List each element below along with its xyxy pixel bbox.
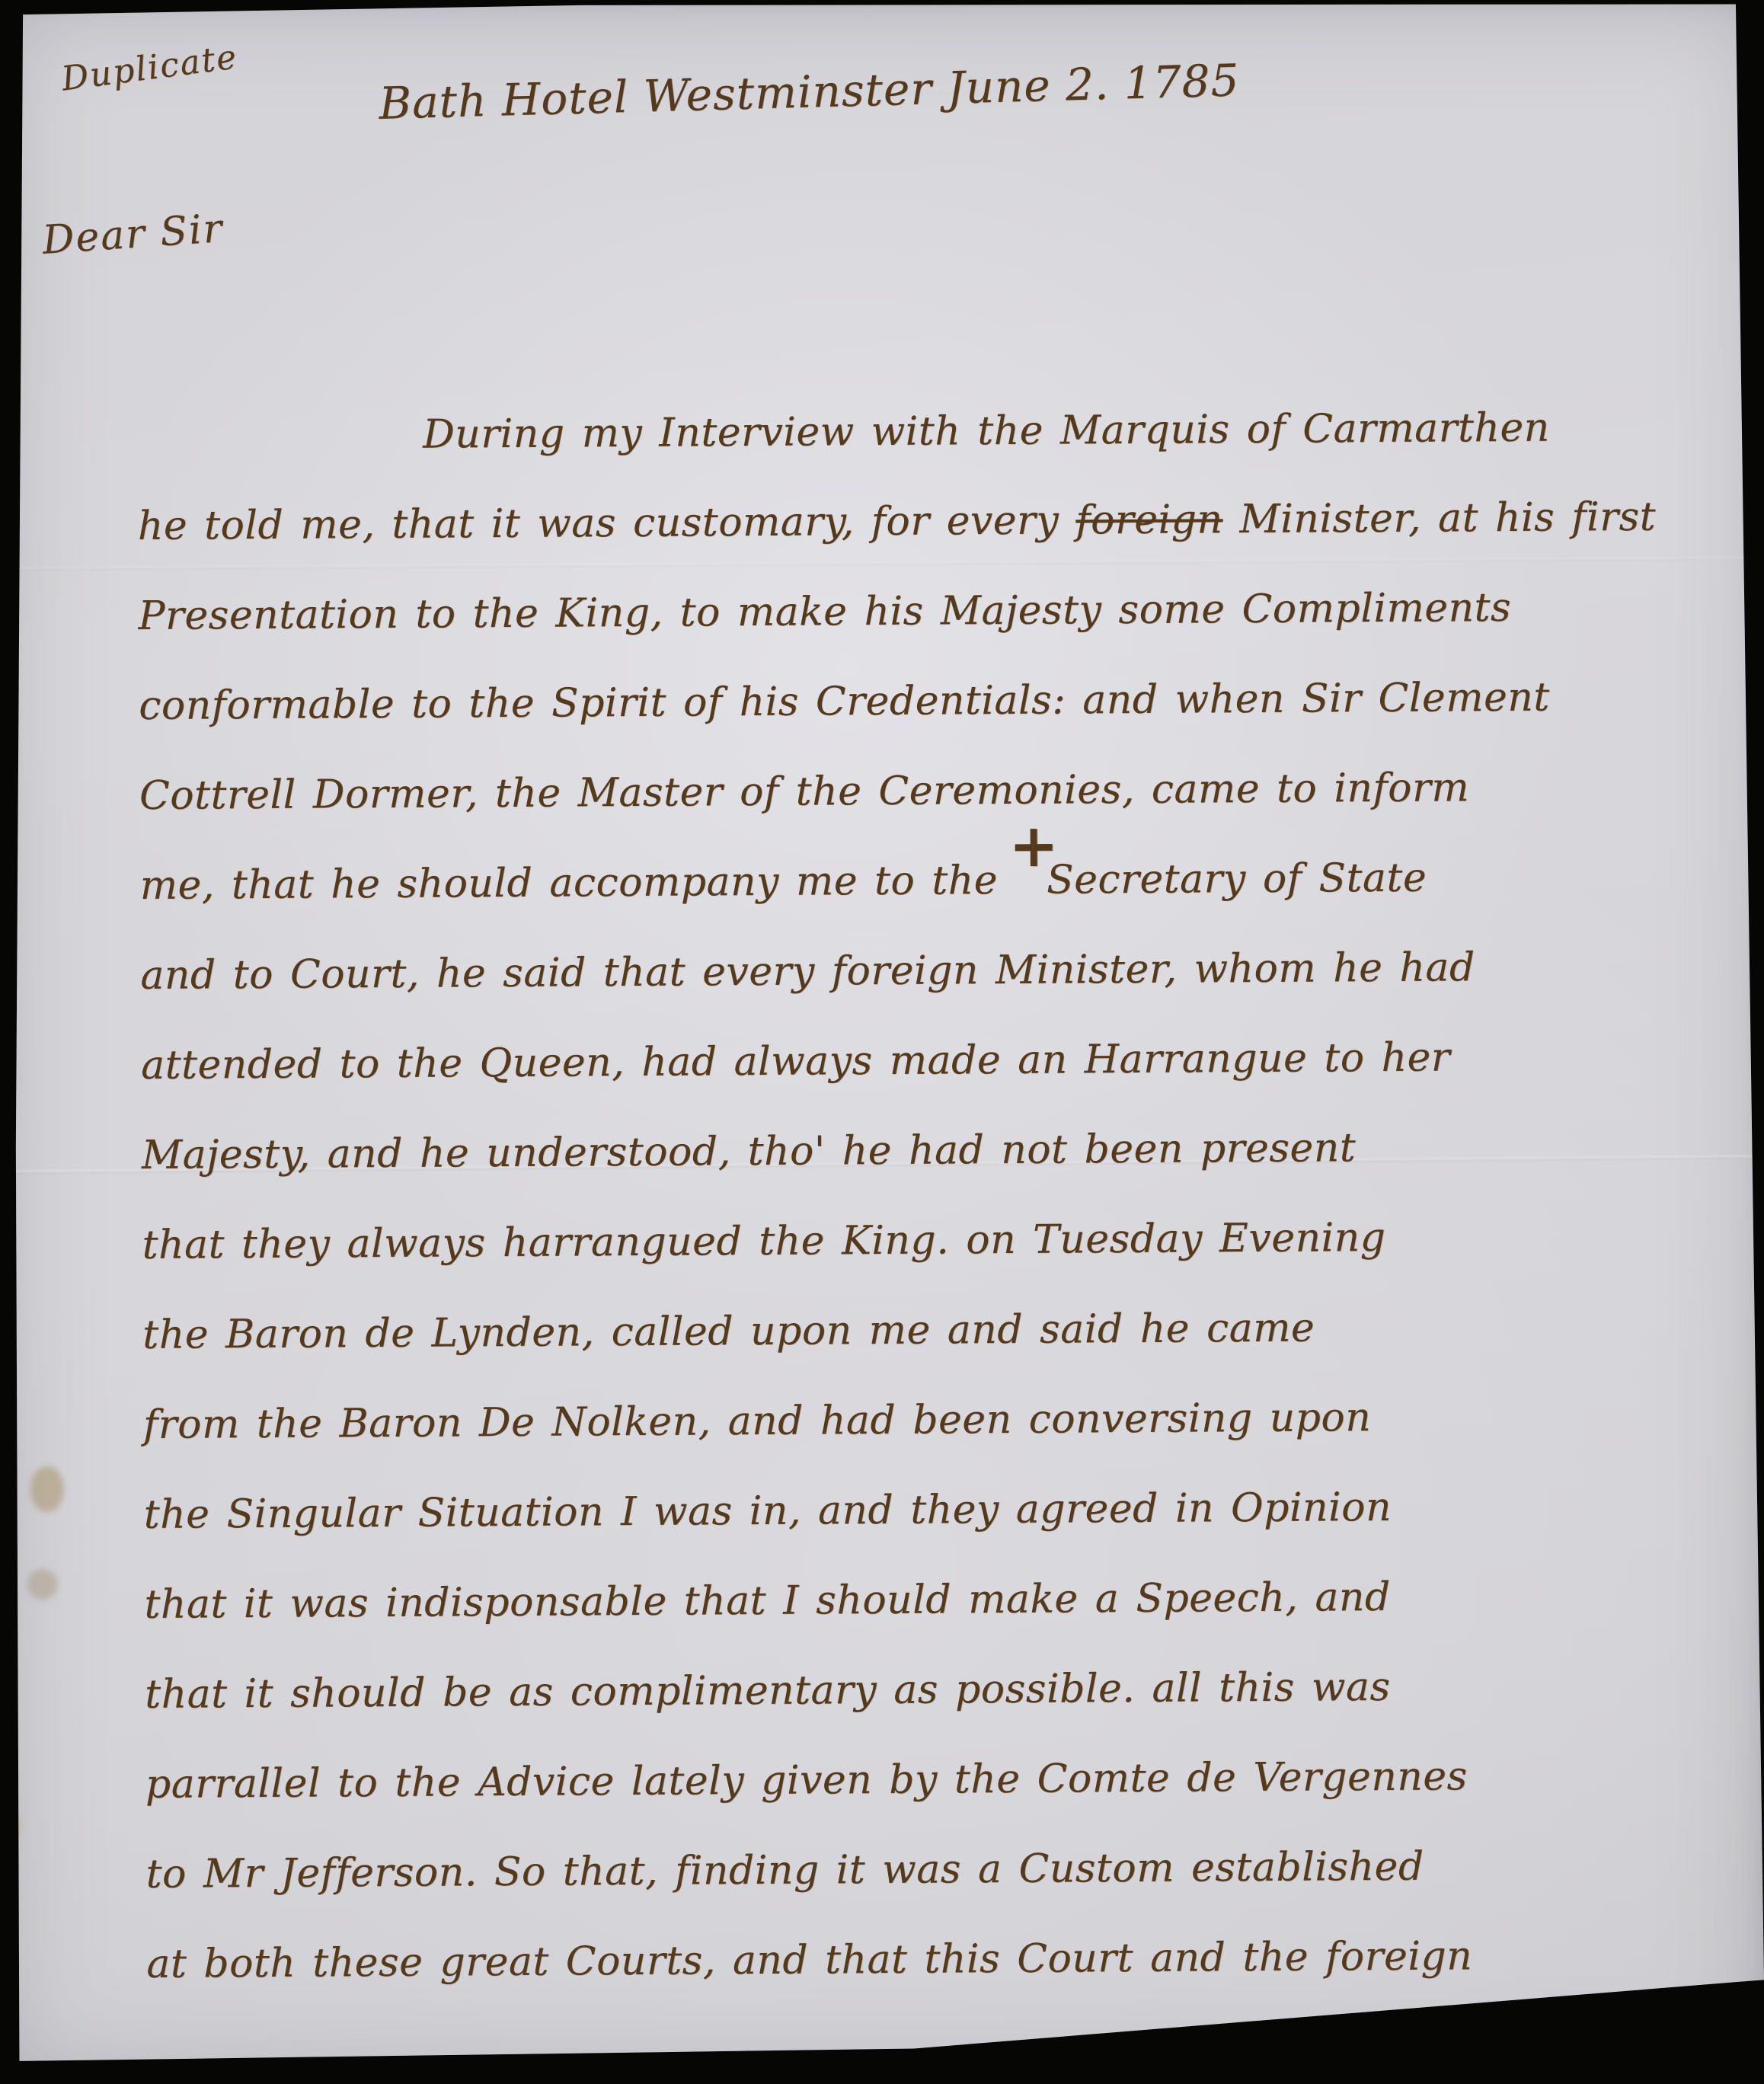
letter-line: and to Court, he said that every foreign… xyxy=(140,921,1733,1021)
letter-line-segment: that it should be as complimentary as po… xyxy=(145,1664,1391,1718)
letter-line: Presentation to the King, to make his Ma… xyxy=(138,561,1730,661)
letter-line-segment: Secretary of State xyxy=(1047,855,1427,903)
letter-line: that it was indisponsable that I should … xyxy=(144,1550,1737,1650)
letter-line: attended to the Queen, had always made a… xyxy=(141,1011,1734,1111)
photograph-background: Duplicate Bath Hotel Westminster June 2.… xyxy=(0,0,1764,2084)
letter-line: Majesty, and he understood, tho' he had … xyxy=(142,1101,1734,1200)
letter-line-segment: the Singular Situation I was in, and the… xyxy=(144,1485,1392,1538)
letter-line-segment: to Mr Jefferson. So that, finding it was… xyxy=(145,1844,1424,1897)
letter-line-segment: During my Interview with the Marquis of … xyxy=(423,405,1550,458)
letter-line-segment: that they always harrangued the King. on… xyxy=(142,1215,1385,1268)
letter-line-segment: Presentation to the King, to make his Ma… xyxy=(138,585,1511,639)
letter-line: that it should be as complimentary as po… xyxy=(145,1640,1737,1740)
letter-line-segment: attended to the Queen, had always made a… xyxy=(141,1034,1450,1088)
letter-line: the Baron de Lynden, called upon me and … xyxy=(142,1280,1735,1380)
letter-line: conformable to the Spirit of his Credent… xyxy=(139,651,1731,751)
letter-line-segment: that it was indisponsable that I should … xyxy=(144,1574,1391,1628)
letter-line-segment: and to Court, he said that every foreign… xyxy=(140,945,1475,999)
duplicate-annotation: Duplicate xyxy=(59,37,240,98)
letter-line-segment: parrallel to the Advice lately given by … xyxy=(145,1753,1468,1808)
insertion-mark: + xyxy=(1008,779,1059,914)
letter-body: During my Interview with the Marquis of … xyxy=(137,382,1739,2009)
letter-sheet: Duplicate Bath Hotel Westminster June 2.… xyxy=(0,0,1764,2084)
strikethrough-word: foreign xyxy=(1075,497,1222,543)
letter-line-segment: at both these great Courts, and that thi… xyxy=(146,1933,1472,1987)
letter-line: parrallel to the Advice lately given by … xyxy=(145,1730,1738,1830)
letter-line: from the Baron De Nolken, and had been c… xyxy=(143,1370,1736,1470)
letter-line-segment: me, that he should accompany me to the xyxy=(140,858,1015,909)
letter-line: that they always harrangued the King. on… xyxy=(142,1191,1734,1290)
letter-line-segment: he told me, that it was customary, for e… xyxy=(138,497,1076,549)
letter-line-segment: from the Baron De Nolken, and had been c… xyxy=(143,1395,1372,1448)
letter-line: he told me, that it was customary, for e… xyxy=(137,471,1730,571)
letter-line-segment: the Baron de Lynden, called upon me and … xyxy=(142,1306,1315,1358)
letter-line-segment: Cottrell Dormer, the Master of the Cerem… xyxy=(139,765,1469,819)
paper-stain xyxy=(0,1813,20,1839)
letter-line: at both these great Courts, and that thi… xyxy=(146,1910,1739,2009)
letter-line: to Mr Jefferson. So that, finding it was… xyxy=(145,1820,1738,1919)
letter-line: During my Interview with the Marquis of … xyxy=(137,382,1730,481)
letter-salutation: Dear Sir xyxy=(41,206,225,264)
handwriting-layer: Duplicate Bath Hotel Westminster June 2.… xyxy=(0,0,1764,2084)
letter-line: the Singular Situation I was in, and the… xyxy=(143,1460,1736,1560)
letter-line-segment: conformable to the Spirit of his Credent… xyxy=(139,675,1550,729)
letter-line: me, that he should accompany me to the +… xyxy=(139,831,1732,931)
letter-line: Cottrell Dormer, the Master of the Cerem… xyxy=(139,741,1732,841)
letter-dateline: Bath Hotel Westminster June 2. 1785 xyxy=(321,53,1297,131)
letter-line-segment: Majesty, and he understood, tho' he had … xyxy=(142,1125,1357,1178)
letter-line-segment: Minister, at his first xyxy=(1222,494,1656,542)
